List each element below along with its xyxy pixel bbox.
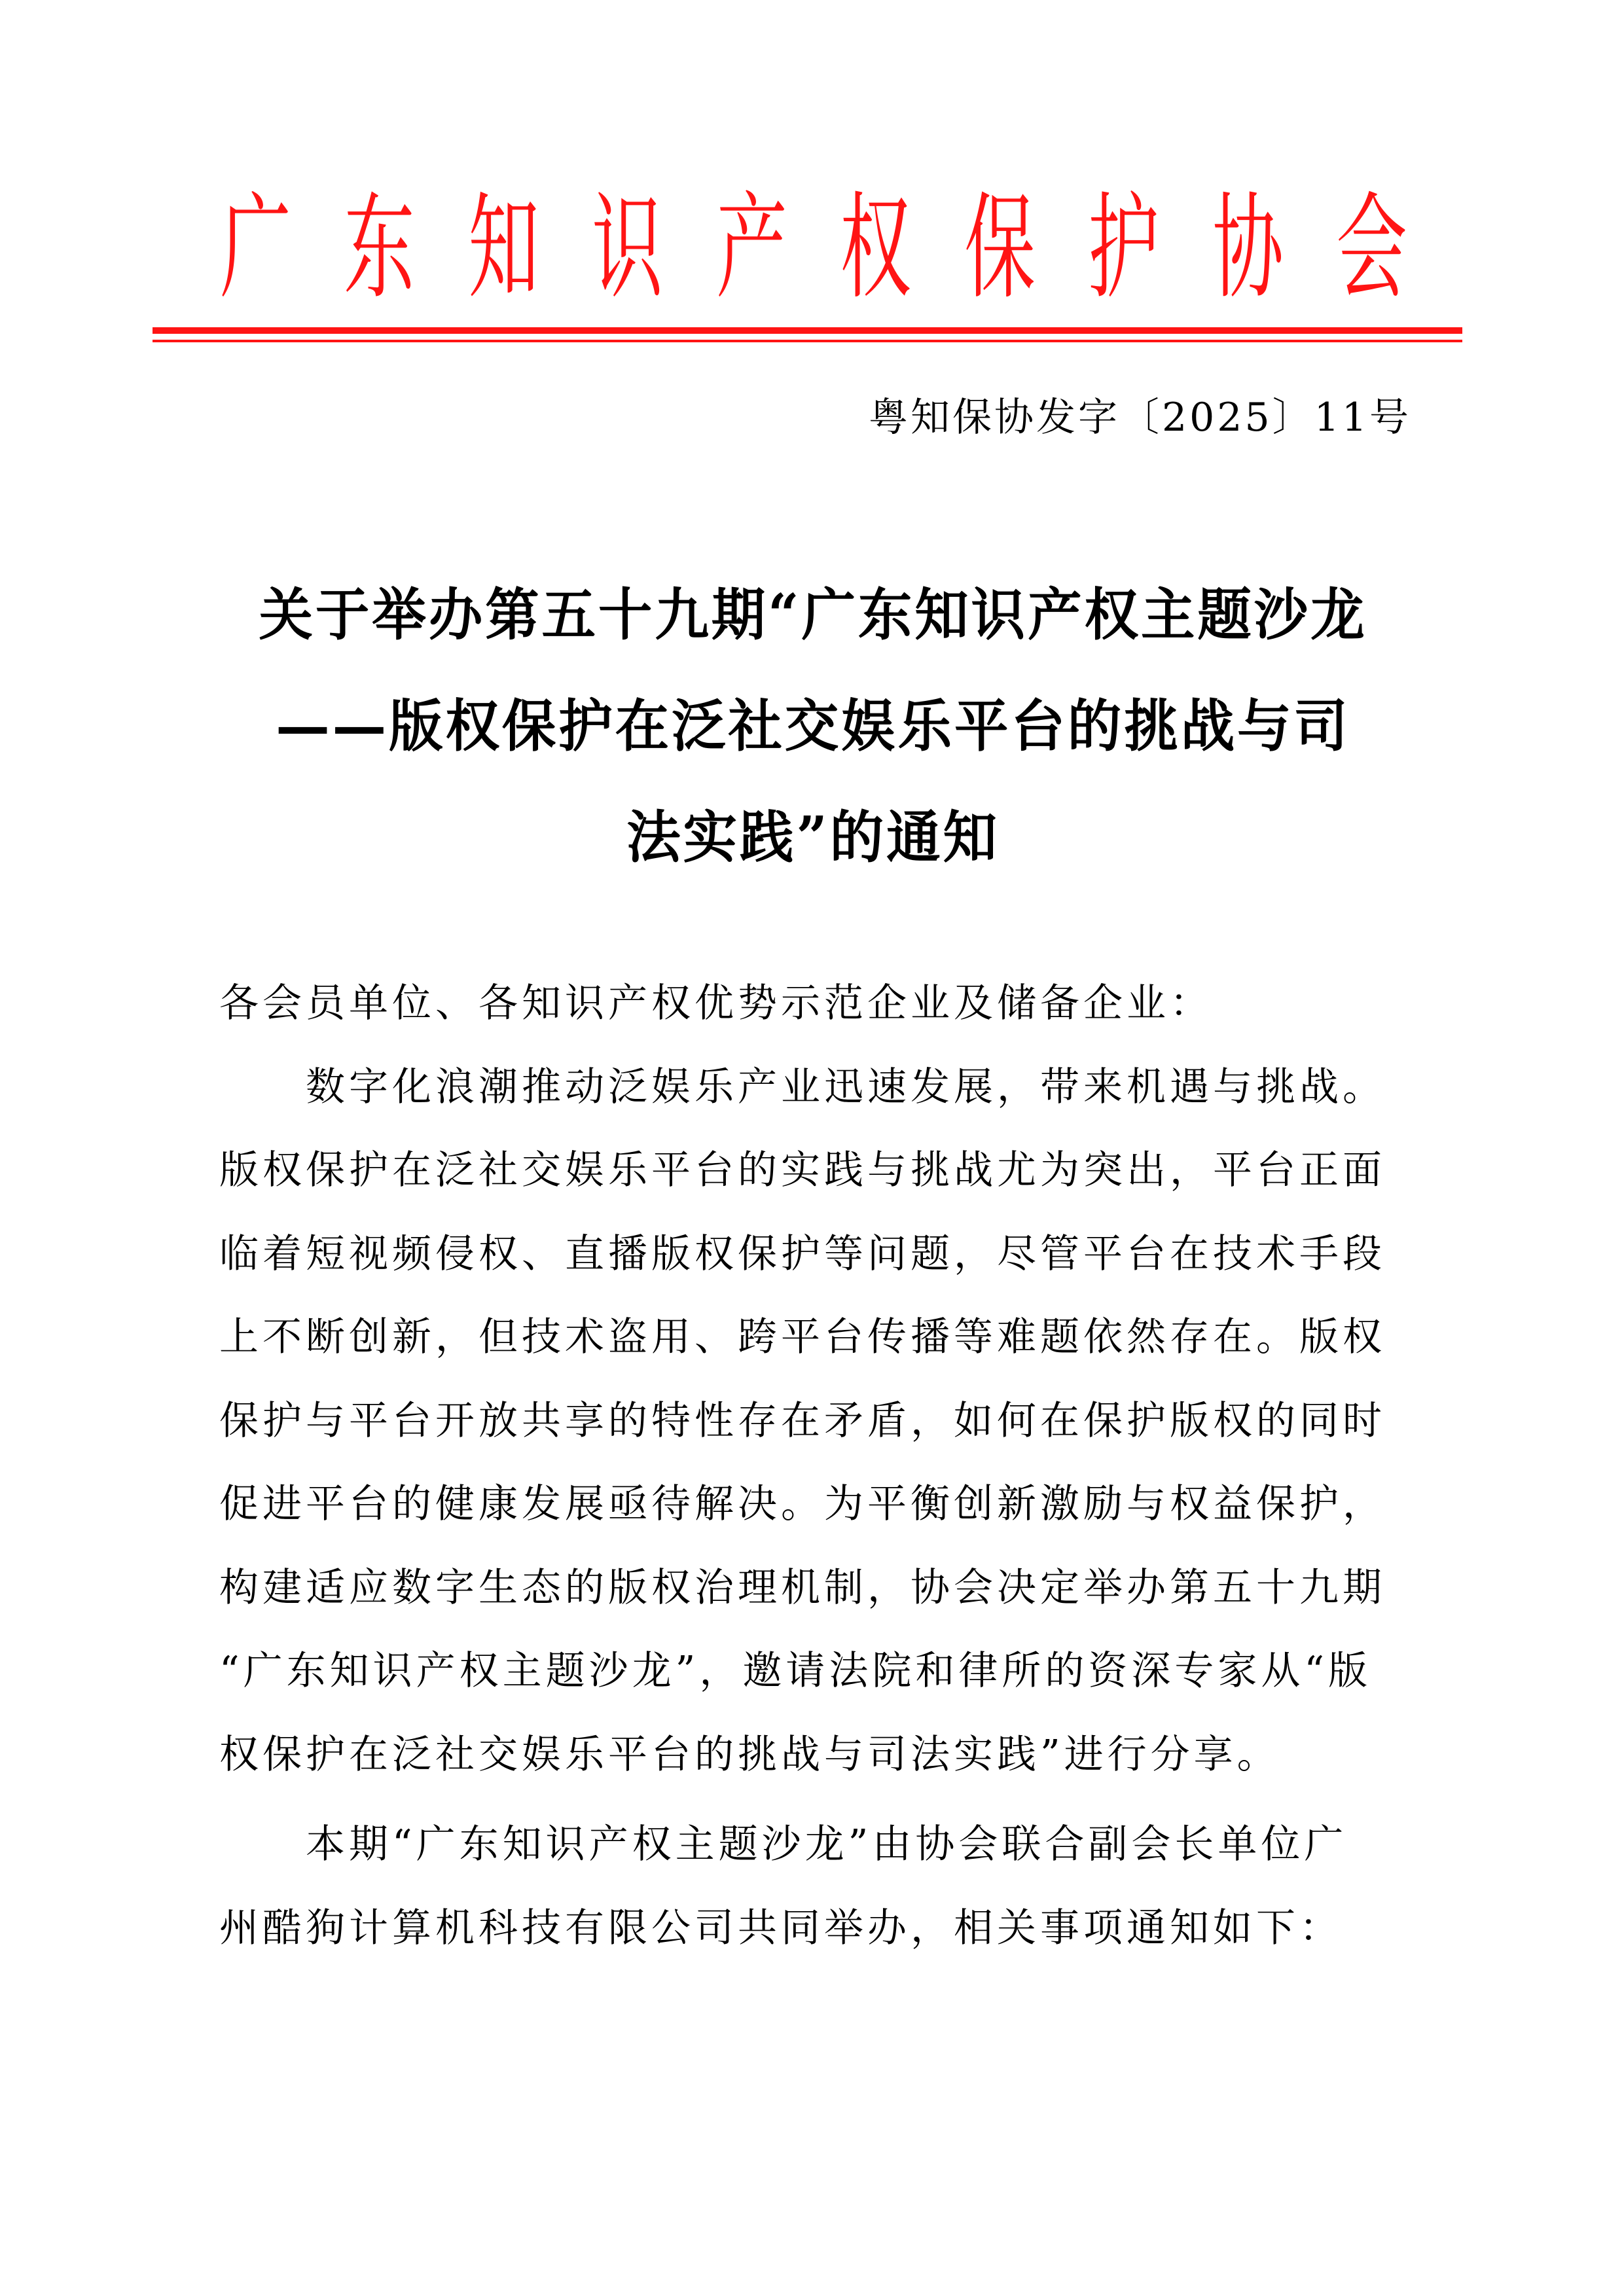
letterhead-char: 知 bbox=[468, 183, 539, 314]
body-line: 临着短视频侵权、直播版权保护等问题，尽管平台在技术手段 bbox=[219, 1213, 1411, 1297]
letterhead-char: 东 bbox=[344, 183, 416, 314]
organization-name: 广 东 知 识 产 权 保 护 协 会 bbox=[198, 183, 1429, 314]
body-line: 州酷狗计算机科技有限公司共同举办，相关事项通知如下： bbox=[219, 1887, 1411, 1971]
document-number: 粤知保协发字〔2025〕11号 bbox=[869, 391, 1411, 444]
paragraph-gap bbox=[219, 1797, 1411, 1803]
letterhead-char: 协 bbox=[1212, 183, 1284, 314]
title-line: 关于举办第五十九期“广东知识产权主题沙龙 bbox=[241, 560, 1384, 671]
body-line: 本期“广东知识产权主题沙龙”由协会联合副会长单位广 bbox=[219, 1803, 1411, 1887]
title-line: 法实践”的通知 bbox=[241, 782, 1384, 893]
letterhead-char: 护 bbox=[1088, 183, 1159, 314]
letterhead-char: 保 bbox=[964, 183, 1036, 314]
body-line: 促进平台的健康发展亟待解决。为平衡创新激励与权益保护， bbox=[219, 1463, 1411, 1547]
letterhead-char: 广 bbox=[220, 183, 291, 314]
notice-title: 关于举办第五十九期“广东知识产权主题沙龙 ——版权保护在泛社交娱乐平台的挑战与司… bbox=[217, 560, 1409, 893]
paragraph-1: 数字化浪潮推动泛娱乐产业迅速发展，带来机遇与挑战。 版权保护在泛社交娱乐平台的实… bbox=[219, 1046, 1411, 1797]
body-line: 保护与平台开放共享的特性存在矛盾，如何在保护版权的同时 bbox=[219, 1380, 1411, 1463]
notice-body: 各会员单位、各知识产权优势示范企业及储备企业： 数字化浪潮推动泛娱乐产业迅速发展… bbox=[219, 962, 1411, 1970]
letterhead-char: 识 bbox=[592, 183, 664, 314]
body-line: 上不断创新，但技术盗用、跨平台传播等难题依然存在。版权 bbox=[219, 1296, 1411, 1380]
paragraph-2: 本期“广东知识产权主题沙龙”由协会联合副会长单位广 州酷狗计算机科技有限公司共同… bbox=[219, 1803, 1411, 1970]
letterhead-char: 产 bbox=[716, 183, 787, 314]
body-line: 权保护在泛社交娱乐平台的挑战与司法实践”进行分享。 bbox=[219, 1713, 1411, 1797]
body-line: 版权保护在泛社交娱乐平台的实践与挑战尤为突出，平台正面 bbox=[219, 1129, 1411, 1213]
body-line: “广东知识产权主题沙龙”，邀请法院和律所的资深专家从“版 bbox=[219, 1630, 1411, 1713]
body-line: 数字化浪潮推动泛娱乐产业迅速发展，带来机遇与挑战。 bbox=[219, 1046, 1411, 1130]
letterhead: 广 东 知 识 产 权 保 护 协 会 bbox=[153, 183, 1462, 314]
letterhead-divider-thick bbox=[153, 327, 1462, 334]
title-line: ——版权保护在泛社交娱乐平台的挑战与司 bbox=[241, 671, 1384, 782]
salutation: 各会员单位、各知识产权优势示范企业及储备企业： bbox=[219, 962, 1411, 1046]
letterhead-char: 权 bbox=[840, 183, 911, 314]
letterhead-divider-thin bbox=[153, 340, 1462, 342]
letterhead-char: 会 bbox=[1336, 183, 1407, 314]
body-line: 构建适应数字生态的版权治理机制，协会决定举办第五十九期 bbox=[219, 1547, 1411, 1630]
